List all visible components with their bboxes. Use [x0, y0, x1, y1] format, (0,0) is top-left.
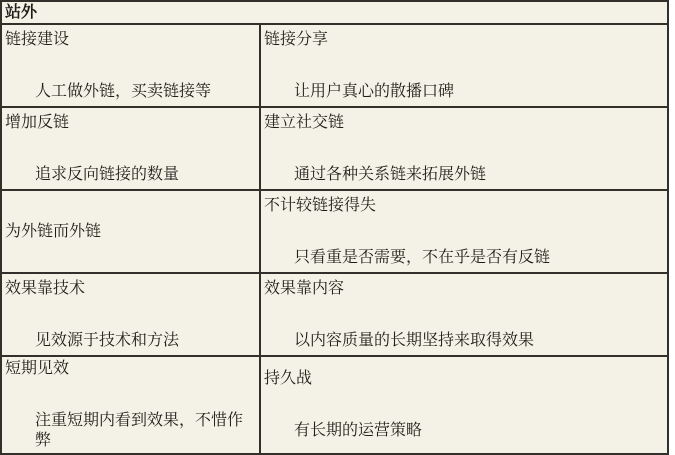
- cell-title: 持久战: [264, 369, 665, 389]
- table-row: 链接建设 人工做外链，买卖链接等 链接分享 让用户真心的散播口碑: [2, 25, 667, 108]
- cell-title: 链接分享: [264, 30, 665, 50]
- table-row: 增加反链 追求反向链接的数量 建立社交链 通过各种关系链来拓展外链: [2, 108, 667, 191]
- cell-description: 追求反向链接的数量: [5, 165, 257, 185]
- table-cell: 链接建设 人工做外链，买卖链接等: [2, 25, 261, 106]
- cell-title: 链接建设: [5, 30, 257, 50]
- table-row: 效果靠技术 见效源于技术和方法 效果靠内容 以内容质量的长期坚持来取得效果: [2, 274, 667, 357]
- cell-description: 通过各种关系链来拓展外链: [264, 165, 665, 185]
- cell-description: 让用户真心的散播口碑: [264, 82, 665, 102]
- table-cell: 为外链而外链: [2, 191, 261, 272]
- table-cell: 短期见效 注重短期内看到效果，不惜作弊: [2, 357, 261, 453]
- table-cell: 增加反链 追求反向链接的数量: [2, 108, 261, 189]
- cell-description: 以内容质量的长期坚持来取得效果: [264, 331, 665, 351]
- table-header-row: 站外: [2, 2, 667, 25]
- cell-description: 只看重是否需要，不在乎是否有反链: [264, 248, 665, 268]
- cell-description: 注重短期内看到效果，不惜作弊: [5, 411, 257, 451]
- cell-title: 增加反链: [5, 113, 257, 133]
- comparison-table: 站外 链接建设 人工做外链，买卖链接等 链接分享 让用户真心的散播口碑 增加反链…: [0, 0, 669, 455]
- cell-description: 见效源于技术和方法: [5, 331, 257, 351]
- table-cell: 效果靠技术 见效源于技术和方法: [2, 274, 261, 355]
- cell-title: 效果靠技术: [5, 279, 257, 299]
- cell-description: 人工做外链，买卖链接等: [5, 82, 257, 102]
- table-row: 为外链而外链 不计较链接得失 只看重是否需要，不在乎是否有反链: [2, 191, 667, 274]
- cell-title: 为外链而外链: [5, 222, 257, 242]
- table-cell: 建立社交链 通过各种关系链来拓展外链: [261, 108, 667, 189]
- table-row: 短期见效 注重短期内看到效果，不惜作弊 持久战 有长期的运营策略: [2, 357, 667, 453]
- table-cell: 持久战 有长期的运营策略: [261, 357, 667, 453]
- cell-description: 有长期的运营策略: [264, 421, 665, 441]
- cell-title: 建立社交链: [264, 113, 665, 133]
- table-header-title: 站外: [5, 3, 37, 22]
- cell-title: 短期见效: [5, 359, 257, 379]
- table-cell: 效果靠内容 以内容质量的长期坚持来取得效果: [261, 274, 667, 355]
- cell-title: 不计较链接得失: [264, 196, 665, 216]
- cell-title: 效果靠内容: [264, 279, 665, 299]
- table-cell: 链接分享 让用户真心的散播口碑: [261, 25, 667, 106]
- table-cell: 不计较链接得失 只看重是否需要，不在乎是否有反链: [261, 191, 667, 272]
